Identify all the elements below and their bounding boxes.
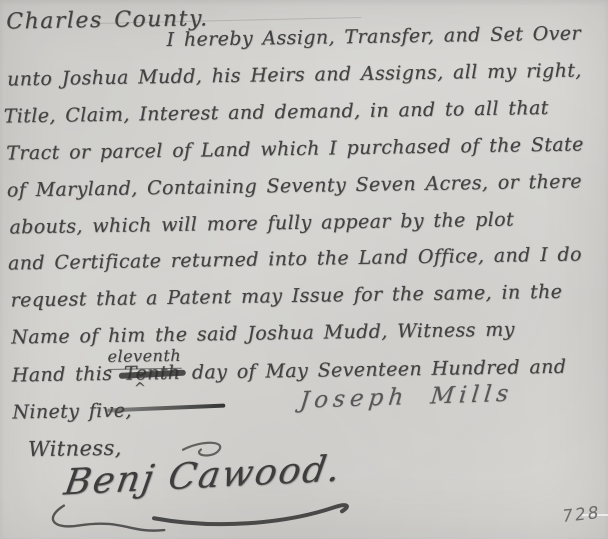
deed-line-9: Name of him the said Joshua Mudd, Witnes… xyxy=(11,318,515,350)
deed-line-7: and Certificate returned into the Land O… xyxy=(8,242,582,275)
deed-line-2: unto Joshua Mudd, his Heirs and Assigns,… xyxy=(7,58,582,91)
deed-line-3: Title, Claim, Interest and demand, in an… xyxy=(4,96,549,129)
witness-label: Witness, xyxy=(28,436,122,461)
scanned-deed-page: Charles County. I hereby Assign, Transfe… xyxy=(0,0,608,539)
deed-line-5: of Maryland, Containing Seventy Seven Ac… xyxy=(7,169,582,202)
insertion-caret: ^ xyxy=(134,376,147,400)
deed-line-8: request that a Patent may Issue for the … xyxy=(10,280,562,313)
signature-joseph-mills: Joseph Mills xyxy=(299,381,515,414)
deed-line-6: abouts, which will more fully appear by … xyxy=(9,208,514,240)
handwriting-layer: Charles County. I hereby Assign, Transfe… xyxy=(0,0,608,539)
hand-line-pre: Hand this xyxy=(12,363,113,387)
page-number: 728 xyxy=(561,503,601,527)
hand-line-post: day of May Seventeen Hundred and xyxy=(192,356,567,384)
inserted-word-eleventh: eleventh xyxy=(107,344,181,370)
deed-line-1: I hereby Assign, Transfer, and Set Over xyxy=(166,21,581,52)
deed-line-4: Tract or parcel of Land which I purchase… xyxy=(6,132,584,165)
